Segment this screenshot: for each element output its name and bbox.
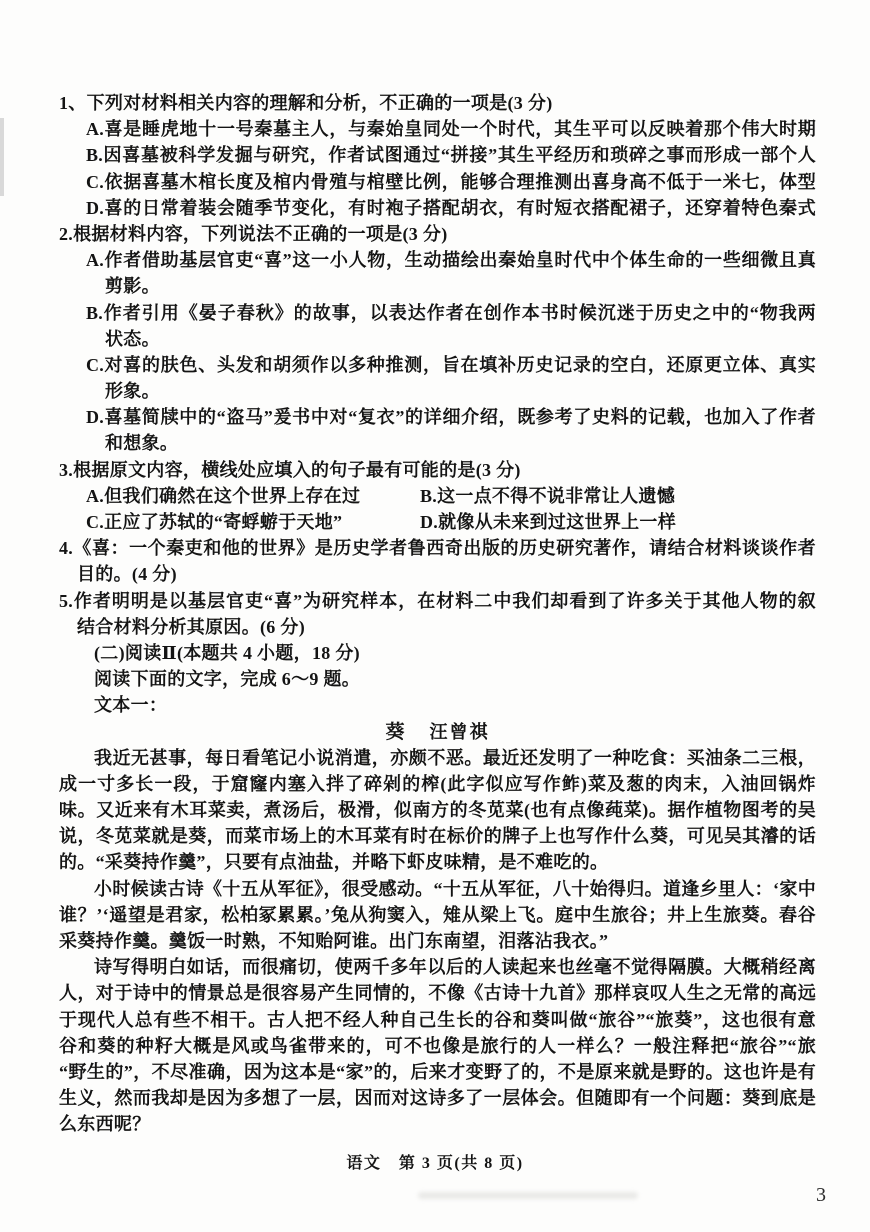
question-2-option-b-line-2: 状态。 (59, 326, 816, 352)
essay-paragraph-2-line-1: 小时候读古诗《十五从军征》，很受感动。“十五从军征，八十始得归。道逢乡里人：‘家… (59, 876, 816, 902)
question-1-option-d: D.喜的日常着装会随季节变化，有时袍子搭配胡衣，有时短衣搭配裙子，还穿着特色秦式… (59, 195, 816, 221)
question-1-option-a: A.喜是睡虎地十一号秦墓主人，与秦始皇同处一个时代，其生平可以反映着那个伟大时期… (59, 116, 816, 142)
question-2-option-d-line-2: 和想象。 (59, 430, 816, 456)
question-4-line-2: 目的。(4 分) (59, 561, 816, 587)
essay-paragraph-1-line-1: 我近无甚事，每日看笔记小说消遣，亦颇不恶。最近还发明了一种吃食：买油条二三根，劈… (59, 745, 816, 771)
question-2-stem: 2.根据材料内容，下列说法不正确的一项是(3 分) (59, 221, 816, 247)
question-1-option-b: B.因喜墓被科学发掘与研究，作者试图通过“拼接”其生平经历和琐碎之事而形成一部个… (59, 142, 816, 168)
essay-paragraph-1-line-4: 说，冬苋菜就是葵，而菜市场上的木耳菜有时在标价的牌子上也写作什么葵，可见吴其濬的… (59, 823, 816, 849)
essay-paragraph-3-line-6: 生义，然而我却是因为多想了一层，因而对这诗多了一层体会。但随即有一个问题：葵到底… (59, 1085, 816, 1111)
text-1-label: 文本一： (59, 692, 816, 718)
question-3-option-c: C.正应了苏轼的“寄蜉蝣于天地” (86, 509, 420, 535)
question-3-options-row-2: C.正应了苏轼的“寄蜉蝣于天地”D.就像从未来到过这世界上一样 (59, 509, 816, 535)
essay-paragraph-3-line-3: 于现代人总有些不相干。古人把不经人种自己生长的谷和葵叫做“旅谷”“旅葵”，这也很… (59, 1007, 816, 1033)
question-3-option-a: A.但我们确然在这个世界上存在过 (86, 483, 420, 509)
question-3-options-row-1: A.但我们确然在这个世界上存在过B.这一点不得不说非常让人遗憾 (59, 483, 816, 509)
question-5-line-2: 结合材料分析其原因。(6 分) (59, 614, 816, 640)
question-3-option-d: D.就像从未来到过这世界上一样 (420, 512, 676, 532)
question-2-option-d-line-1: D.喜墓简牍中的“盗马”爰书中对“复衣”的详细介绍，既参考了史料的记载，也加入了… (59, 404, 816, 430)
essay-title: 葵 (385, 722, 405, 743)
question-3-option-b: B.这一点不得不说非常让人遗憾 (420, 486, 675, 506)
question-2-option-c-line-2: 形象。 (59, 378, 816, 404)
question-2-option-c-line-1: C.对喜的肤色、头发和胡须作以多种推测，旨在填补历史记录的空白，还原更立体、真实… (59, 352, 816, 378)
question-4-line-1: 4.《喜：一个秦吏和他的世界》是历史学者鲁西奇出版的历史研究著作，请结合材料谈谈… (59, 535, 816, 561)
question-3-stem: 3.根据原文内容，横线处应填入的句子最有可能的是(3 分) (59, 457, 816, 483)
essay-paragraph-1-line-5: 的。“采葵持作羹”，只要有点油盐，并略下虾皮味精，是不难吃的。 (59, 849, 816, 875)
question-1-stem: 1、下列对材料相关内容的理解和分析，不正确的一项是(3 分) (59, 90, 816, 116)
exam-paper-page: 1、下列对材料相关内容的理解和分析，不正确的一项是(3 分) A.喜是睡虎地十一… (0, 0, 870, 1232)
section-2-heading: (二)阅读Ⅱ(本题共 4 小题，18 分) (59, 640, 816, 666)
essay-paragraph-3-line-4: 谷和葵的种籽大概是风或鸟雀带来的，可不也像是旅行的人一样么？一般注释把“旅谷”“… (59, 1033, 816, 1059)
question-2-option-b-line-1: B.作者引用《晏子春秋》的故事，以表达作者在创作本书时候沉迷于历史之中的“物我两… (59, 300, 816, 326)
question-5-line-1: 5.作者明明是以基层官吏“喜”为研究样本，在材料二中我们却看到了许多关于其他人物… (59, 588, 816, 614)
essay-author: 汪曾祺 (430, 722, 490, 742)
essay-paragraph-2-line-2: 谁？’‘遥望是君家，松柏冢累累。’兔从狗窦入，雉从梁上飞。庭中生旅谷；井上生旅葵… (59, 902, 816, 928)
essay-paragraph-3-line-5: “野生的”，不尽准确，因为这本是“家”的，后来才变野了的，不是原来就是野的。这也… (59, 1059, 816, 1085)
essay-paragraph-3-line-2: 人，对于诗中的情景总是很容易产生同情的，不像《古诗十九首》那样哀叹人生之无常的高… (59, 980, 816, 1006)
page-footer: 语文 第 3 页(共 8 页) (0, 1150, 870, 1173)
exam-content: 1、下列对材料相关内容的理解和分析，不正确的一项是(3 分) A.喜是睡虎地十一… (59, 90, 816, 1138)
question-1-option-c: C.依据喜墓木棺长度及棺内骨殖与棺壁比例，能够合理推测出喜身高不低于一米七，体型… (59, 169, 816, 195)
essay-paragraph-3-line-1: 诗写得明白如话，而很痛切，使两千多年以后的人读起来也丝毫不觉得隔膜。大概稍经离乱… (59, 954, 816, 980)
question-2-option-a-line-2: 剪影。 (59, 273, 816, 299)
corner-page-number: 3 (816, 1184, 826, 1207)
essay-paragraph-2-line-3: 采葵持作羹。羹饭一时熟，不知贻阿谁。出门东南望，泪落沾我衣。” (59, 928, 816, 954)
essay-paragraph-1-line-3: 味。又近来有木耳菜卖，煮汤后，极滑，似南方的冬苋菜(也有点像莼菜)。据作植物图考… (59, 797, 816, 823)
essay-title-line: 葵汪曾祺 (59, 719, 816, 745)
essay-paragraph-1-line-2: 成一寸多长一段，于窟窿内塞入拌了碎剁的榨(此字似应写作鲊)菜及葱的肉末，入油回锅… (59, 771, 816, 797)
scan-artifact-smudge (418, 1192, 638, 1199)
section-2-instruction: 阅读下面的文字，完成 6～9 题。 (59, 666, 816, 692)
scan-artifact-left-edge (0, 118, 4, 196)
essay-paragraph-3-line-7: 么东西呢？ (59, 1111, 816, 1137)
question-2-option-a-line-1: A.作者借助基层官吏“喜”这一小人物，生动描绘出秦始皇时代中个体生命的一些细微且… (59, 247, 816, 273)
